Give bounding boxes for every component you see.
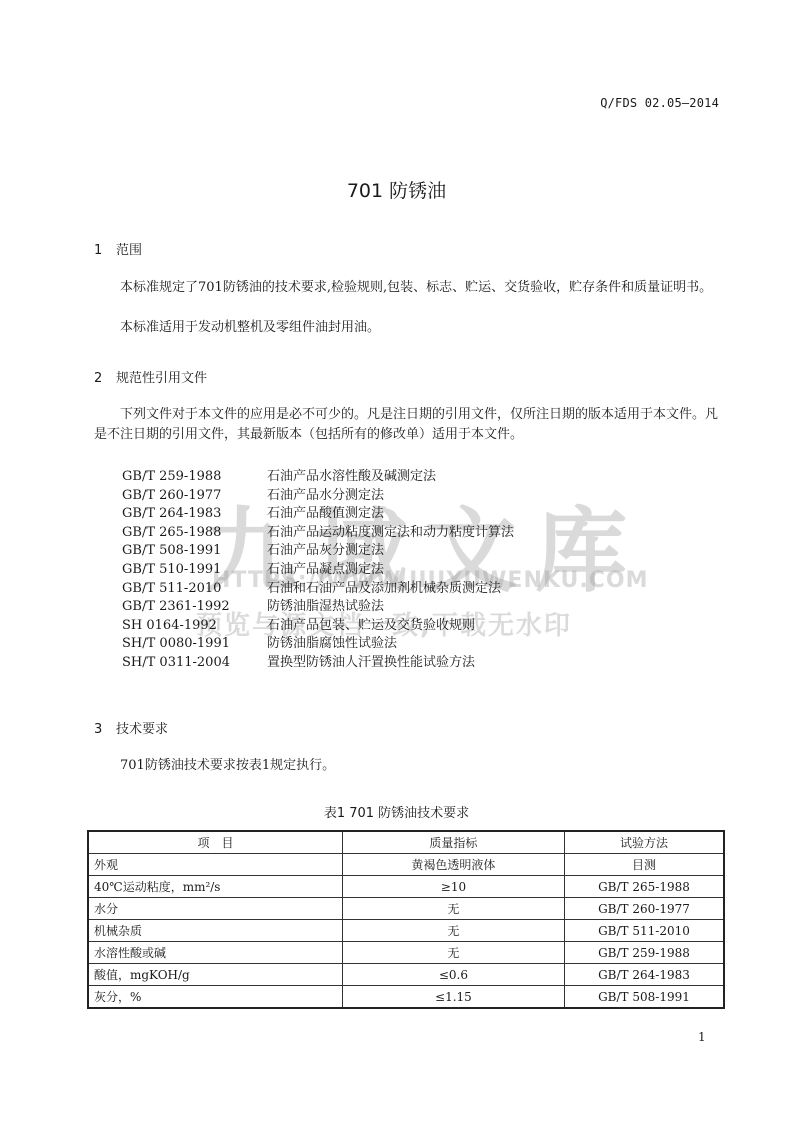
cell-item: 40℃运动粘度，mm²/s bbox=[88, 876, 342, 898]
cell-test-method: GB/T 265-1988 bbox=[564, 876, 724, 898]
cell-quality-index: ≤1.15 bbox=[342, 986, 564, 1009]
reference-title: 防锈油脂湿热试验法 bbox=[267, 599, 384, 614]
cell-test-method: GB/T 511-2010 bbox=[564, 920, 724, 942]
cell-test-method: GB/T 508-1991 bbox=[564, 986, 724, 1009]
cell-quality-index: ≥10 bbox=[342, 876, 564, 898]
reference-title: 石油和石油产品及添加剂机械杂质测定法 bbox=[267, 581, 501, 596]
reference-item: GB/T 264-1983石油产品酸值测定法 bbox=[122, 505, 514, 524]
section-heading-normative-references: 2规范性引用文件 bbox=[94, 367, 207, 386]
cell-item: 外观 bbox=[88, 854, 342, 876]
cell-quality-index: ≤0.6 bbox=[342, 964, 564, 986]
reference-item: SH/T 0311-2004置换型防锈油人汗置换性能试验方法 bbox=[122, 654, 514, 673]
table-row: 外观 黄褐色透明液体 目测 bbox=[88, 854, 724, 876]
reference-code: GB/T 260-1977 bbox=[122, 487, 267, 506]
section-title: 范围 bbox=[116, 243, 142, 258]
table-caption: 表1 701 防锈油技术要求 bbox=[0, 802, 793, 821]
table-row: 机械杂质 无 GB/T 511-2010 bbox=[88, 920, 724, 942]
reference-code: GB/T 508-1991 bbox=[122, 542, 267, 561]
cell-quality-index: 无 bbox=[342, 920, 564, 942]
reference-code: SH/T 0080-1991 bbox=[122, 635, 267, 654]
reference-item: GB/T 260-1977石油产品水分测定法 bbox=[122, 487, 514, 506]
document-title: 701 防锈油 bbox=[0, 176, 793, 203]
table-row: 水溶性酸或碱 无 GB/T 259-1988 bbox=[88, 942, 724, 964]
reference-item: SH/T 0080-1991防锈油脂腐蚀性试验法 bbox=[122, 635, 514, 654]
column-header-quality-index: 质量指标 bbox=[342, 831, 564, 854]
reference-code: GB/T 265-1988 bbox=[122, 524, 267, 543]
cell-item: 水分 bbox=[88, 898, 342, 920]
cell-item: 水溶性酸或碱 bbox=[88, 942, 342, 964]
cell-item: 灰分，% bbox=[88, 986, 342, 1009]
cell-test-method: GB/T 264-1983 bbox=[564, 964, 724, 986]
reference-code: GB/T 510-1991 bbox=[122, 561, 267, 580]
reference-code: SH/T 0311-2004 bbox=[122, 654, 267, 673]
table-row: 水分 无 GB/T 260-1977 bbox=[88, 898, 724, 920]
reference-item: GB/T 511-2010石油和石油产品及添加剂机械杂质测定法 bbox=[122, 580, 514, 599]
reference-title: 石油产品水分测定法 bbox=[267, 488, 384, 503]
reference-list: GB/T 259-1988石油产品水溶性酸及碱测定法 GB/T 260-1977… bbox=[122, 468, 514, 673]
reference-title: 石油产品包装、贮运及交货验收规则 bbox=[267, 618, 475, 633]
reference-title: 石油产品水溶性酸及碱测定法 bbox=[267, 469, 436, 484]
reference-item: SH 0164-1992石油产品包装、贮运及交货验收规则 bbox=[122, 617, 514, 636]
cell-quality-index: 无 bbox=[342, 898, 564, 920]
references-intro-paragraph: 下列文件对于本文件的应用是必不可少的。凡是注日期的引用文件，仅所注日期的版本适用… bbox=[94, 405, 724, 445]
reference-item: GB/T 508-1991石油产品灰分测定法 bbox=[122, 542, 514, 561]
table-row: 40℃运动粘度，mm²/s ≥10 GB/T 265-1988 bbox=[88, 876, 724, 898]
section-number: 1 bbox=[94, 243, 116, 258]
reference-title: 石油产品运动粘度测定法和动力粘度计算法 bbox=[267, 525, 514, 540]
column-header-item: 项 目 bbox=[88, 831, 342, 854]
reference-code: GB/T 259-1988 bbox=[122, 468, 267, 487]
cell-item: 机械杂质 bbox=[88, 920, 342, 942]
reference-item: GB/T 2361-1992防锈油脂湿热试验法 bbox=[122, 598, 514, 617]
reference-title: 石油产品酸值测定法 bbox=[267, 506, 384, 521]
section-heading-technical-requirements: 3技术要求 bbox=[94, 718, 168, 737]
cell-test-method: 目测 bbox=[564, 854, 724, 876]
reference-code: GB/T 2361-1992 bbox=[122, 598, 267, 617]
reference-title: 防锈油脂腐蚀性试验法 bbox=[267, 636, 397, 651]
document-code: Q/FDS 02.05—2014 bbox=[600, 96, 719, 110]
reference-title: 石油产品凝点测定法 bbox=[267, 562, 384, 577]
reference-code: GB/T 264-1983 bbox=[122, 505, 267, 524]
reference-code: GB/T 511-2010 bbox=[122, 580, 267, 599]
scope-paragraph-2: 本标准适用于发动机整机及零组件油封用油。 bbox=[94, 318, 724, 338]
page-number: 1 bbox=[698, 1030, 706, 1044]
reference-code: SH 0164-1992 bbox=[122, 617, 267, 636]
cell-test-method: GB/T 259-1988 bbox=[564, 942, 724, 964]
technical-requirements-table: 项 目 质量指标 试验方法 外观 黄褐色透明液体 目测 40℃运动粘度，mm²/… bbox=[87, 830, 725, 1009]
reference-item: GB/T 510-1991石油产品凝点测定法 bbox=[122, 561, 514, 580]
cell-quality-index: 黄褐色透明液体 bbox=[342, 854, 564, 876]
cell-item: 酸值，mgKOH/g bbox=[88, 964, 342, 986]
section-title: 规范性引用文件 bbox=[116, 371, 207, 386]
section-heading-scope: 1范围 bbox=[94, 239, 142, 258]
table-row: 酸值，mgKOH/g ≤0.6 GB/T 264-1983 bbox=[88, 964, 724, 986]
table-header-row: 项 目 质量指标 试验方法 bbox=[88, 831, 724, 854]
reference-item: GB/T 265-1988石油产品运动粘度测定法和动力粘度计算法 bbox=[122, 524, 514, 543]
reference-title: 置换型防锈油人汗置换性能试验方法 bbox=[267, 655, 475, 670]
scope-paragraph-1: 本标准规定了701防锈油的技术要求,检验规则,包装、标志、贮运、交货验收，贮存条… bbox=[94, 278, 724, 298]
requirements-paragraph: 701防锈油技术要求按表1规定执行。 bbox=[94, 756, 724, 776]
cell-test-method: GB/T 260-1977 bbox=[564, 898, 724, 920]
table-row: 灰分，% ≤1.15 GB/T 508-1991 bbox=[88, 986, 724, 1009]
reference-item: GB/T 259-1988石油产品水溶性酸及碱测定法 bbox=[122, 468, 514, 487]
section-title: 技术要求 bbox=[116, 722, 168, 737]
reference-title: 石油产品灰分测定法 bbox=[267, 543, 384, 558]
cell-quality-index: 无 bbox=[342, 942, 564, 964]
column-header-test-method: 试验方法 bbox=[564, 831, 724, 854]
section-number: 2 bbox=[94, 371, 116, 386]
section-number: 3 bbox=[94, 722, 116, 737]
